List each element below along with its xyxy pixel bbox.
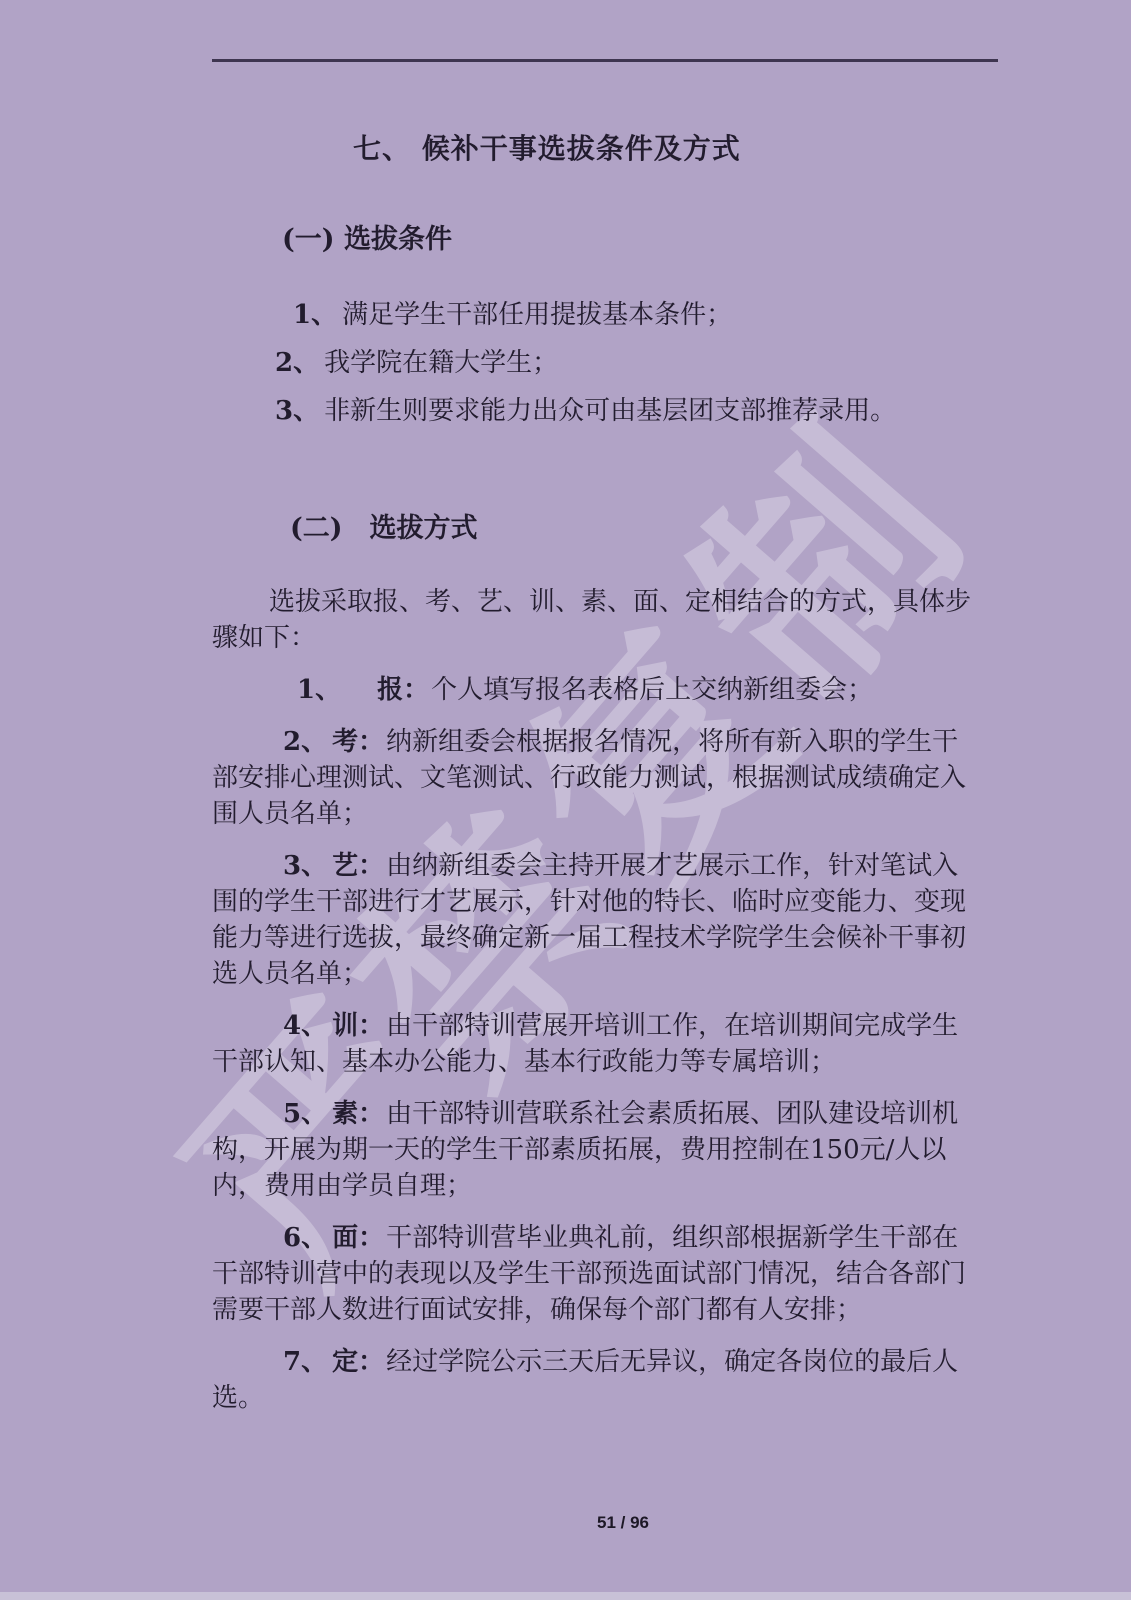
list-item-number: 6、 <box>283 1223 327 1253</box>
bottom-strip <box>0 1592 1131 1600</box>
list-item: 4、训：由干部特训营展开培训工作，在培训期间完成学生干部认知、基本办公能力、基本… <box>212 1008 974 1080</box>
list-item-keyword: 训： <box>332 1011 384 1041</box>
list-item-number: 7、 <box>283 1347 327 1377</box>
list-item: 1、满足学生干部任用提拔基本条件； <box>212 297 974 334</box>
list-item: 5、素：由干部特训营联系社会素质拓展、团队建设培训机构，开展为期一天的学生干部素… <box>212 1096 974 1204</box>
list-item-keyword: 素： <box>332 1099 384 1129</box>
list-item-number: 2、 <box>275 348 319 378</box>
list-item-text: 个人填写报名表格后上交纳新组委会； <box>431 675 873 705</box>
page-title: 七、 候补干事选拔条件及方式 <box>212 132 974 166</box>
list-item: 7、定：经过学院公示三天后无异议，确定各岗位的最后人选。 <box>212 1344 974 1416</box>
list-item: 6、面：干部特训营毕业典礼前，组织部根据新学生干部在干部特训营中的表现以及学生干… <box>212 1220 974 1328</box>
section2-list: 1、报：个人填写报名表格后上交纳新组委会； 2、考：纳新组委会根据报名情况，将所… <box>212 672 974 1432</box>
list-item-text: 我学院在籍大学生； <box>324 348 558 378</box>
list-item-number: 5、 <box>283 1099 327 1129</box>
list-item-text: 非新生则要求能力出众可由基层团支部推荐录用。 <box>324 396 896 426</box>
document-page: 严禁复制 七、 候补干事选拔条件及方式 (一) 选拔条件 1、满足学生干部任用提… <box>0 0 1131 1600</box>
list-item-number: 4、 <box>283 1011 327 1041</box>
list-item: 2、考：纳新组委会根据报名情况，将所有新入职的学生干部安排心理测试、文笔测试、行… <box>212 724 974 832</box>
header-rule <box>212 59 998 62</box>
list-item-number: 1、 <box>297 675 341 705</box>
list-item: 3、非新生则要求能力出众可由基层团支部推荐录用。 <box>212 393 974 430</box>
page-number: 51 / 96 <box>568 1513 678 1533</box>
section2-heading: (二) 选拔方式 <box>212 514 974 544</box>
section1-list: 1、满足学生干部任用提拔基本条件； 2、我学院在籍大学生； 3、非新生则要求能力… <box>212 297 974 441</box>
section2-intro: 选拔采取报、考、艺、训、素、面、定相结合的方式，具体步骤如下： <box>212 584 974 656</box>
list-item: 3、艺：由纳新组委会主持开展才艺展示工作，针对笔试入围的学生干部进行才艺展示，针… <box>212 848 974 992</box>
list-item-keyword: 定： <box>332 1347 384 1377</box>
list-item-number: 2、 <box>283 727 327 757</box>
list-item-keyword: 艺： <box>332 851 384 881</box>
list-item: 2、我学院在籍大学生； <box>212 345 974 382</box>
list-item-keyword: 报： <box>377 675 429 705</box>
list-item-number: 3、 <box>283 851 327 881</box>
list-item: 1、报：个人填写报名表格后上交纳新组委会； <box>212 672 974 708</box>
list-item-number: 3、 <box>275 396 319 426</box>
section1-heading: (一) 选拔条件 <box>212 225 974 255</box>
list-item-number: 1、 <box>293 300 337 330</box>
list-item-text: 满足学生干部任用提拔基本条件； <box>342 300 732 330</box>
list-item-keyword: 考： <box>332 727 384 757</box>
list-item-keyword: 面： <box>332 1223 384 1253</box>
